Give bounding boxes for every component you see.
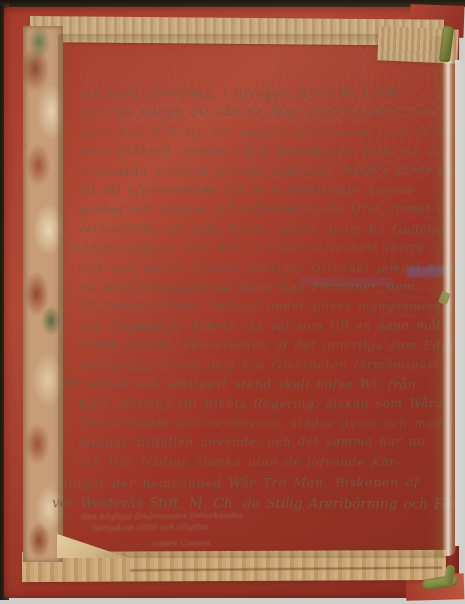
manuscript-line: till vedergällande Trognar under Eders m… [78, 297, 440, 318]
manuscript-line: tal uti ofvannämnde Att af Välmäritande … [78, 180, 440, 201]
blue-pencil-smudge [300, 277, 392, 286]
book-photo: och fallit förmånlig, i lifvagor; finne … [0, 0, 465, 604]
manuscript-line: och ålagmariga Arbete. Så väl som till e… [78, 316, 440, 337]
show-through-line: underd. tjenare [96, 546, 402, 560]
manuscript-line: Omvårdnades förtroendevana, städse gynst… [78, 413, 440, 434]
manuscript-line: lingar der hemvänned Wår Tro Man, Biskop… [64, 471, 440, 494]
manuscript-line: vana Fäderen, genom utfält bemödande, in… [78, 142, 440, 163]
manuscript-text-block: och fallit förmånlig, i lifvagor; finne … [78, 84, 440, 515]
manuscript-line: och Wår Nådiga åtanka utan de lofvande K… [78, 452, 440, 473]
manuscript-line: farande tillfällen använde, och det samm… [78, 433, 440, 454]
manuscript-line: man, du villigt, att sådane Män afsedde … [78, 103, 440, 124]
manuscript-line: mot och, deruti afstode sveriges Öfverhe… [78, 258, 440, 279]
show-through-line: ödmjukast alltid och tillgifne [92, 519, 402, 533]
manuscript-line: Då måste och vaktigast stund skall hafva… [64, 374, 440, 395]
manuscript-line: och fallit förmånlig, i lifvagor; finne … [78, 83, 440, 104]
manuscript-line: Wärt omkring till Rikets Regering, älska… [78, 394, 440, 415]
show-through-text-block: den högligst ärkännandes förtecknadesödm… [82, 510, 402, 559]
underlying-pages-edge [455, 60, 465, 546]
manuscript-line: Nådebetekning, som den af Eders Öfverhet… [70, 238, 440, 259]
manuscript-line: nödvändiga tjenst dem hos Öfverheten för… [78, 355, 440, 376]
manuscript-line: denne Åtskall, kännetecken af det innerl… [78, 336, 440, 357]
manuscript-line: utom fara mot sig och megen sinom samt D… [78, 122, 440, 143]
manuscript-line: verksamhet och fullt Värde, måste, inom … [78, 219, 440, 240]
manuscript-line: andsvärda mention Granda sinlerton, mind… [78, 161, 440, 182]
manuscript-line: genhet och städse, till erfarenhjonade O… [78, 200, 440, 221]
marbled-endpaper-strip [23, 26, 63, 562]
